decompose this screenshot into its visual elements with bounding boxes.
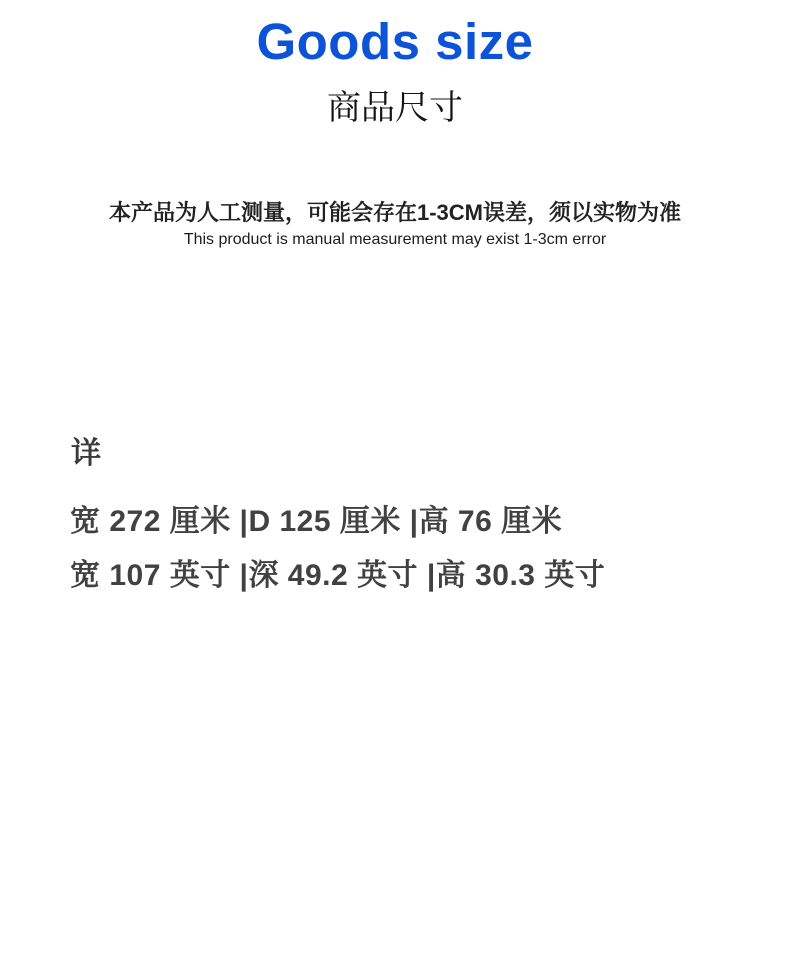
page-title-english: Goods size (0, 12, 790, 71)
measurement-disclaimer-english: This product is manual measurement may e… (0, 231, 790, 249)
goods-size-page: Goods size 商品尺寸 本产品为人工测量，可能会存在1-3CM误差，须以… (0, 0, 790, 976)
page-title-chinese: 商品尺寸 (0, 80, 790, 129)
size-details-heading: 详 (71, 428, 101, 472)
dimensions-metric-line: 宽 272 厘米 |D 125 厘米 |高 76 厘米 (70, 496, 562, 540)
dimensions-imperial-line: 宽 107 英寸 |深 49.2 英寸 |高 30.3 英寸 (70, 550, 605, 594)
measurement-disclaimer-chinese: 本产品为人工测量，可能会存在1-3CM误差，须以实物为准 (0, 196, 790, 227)
